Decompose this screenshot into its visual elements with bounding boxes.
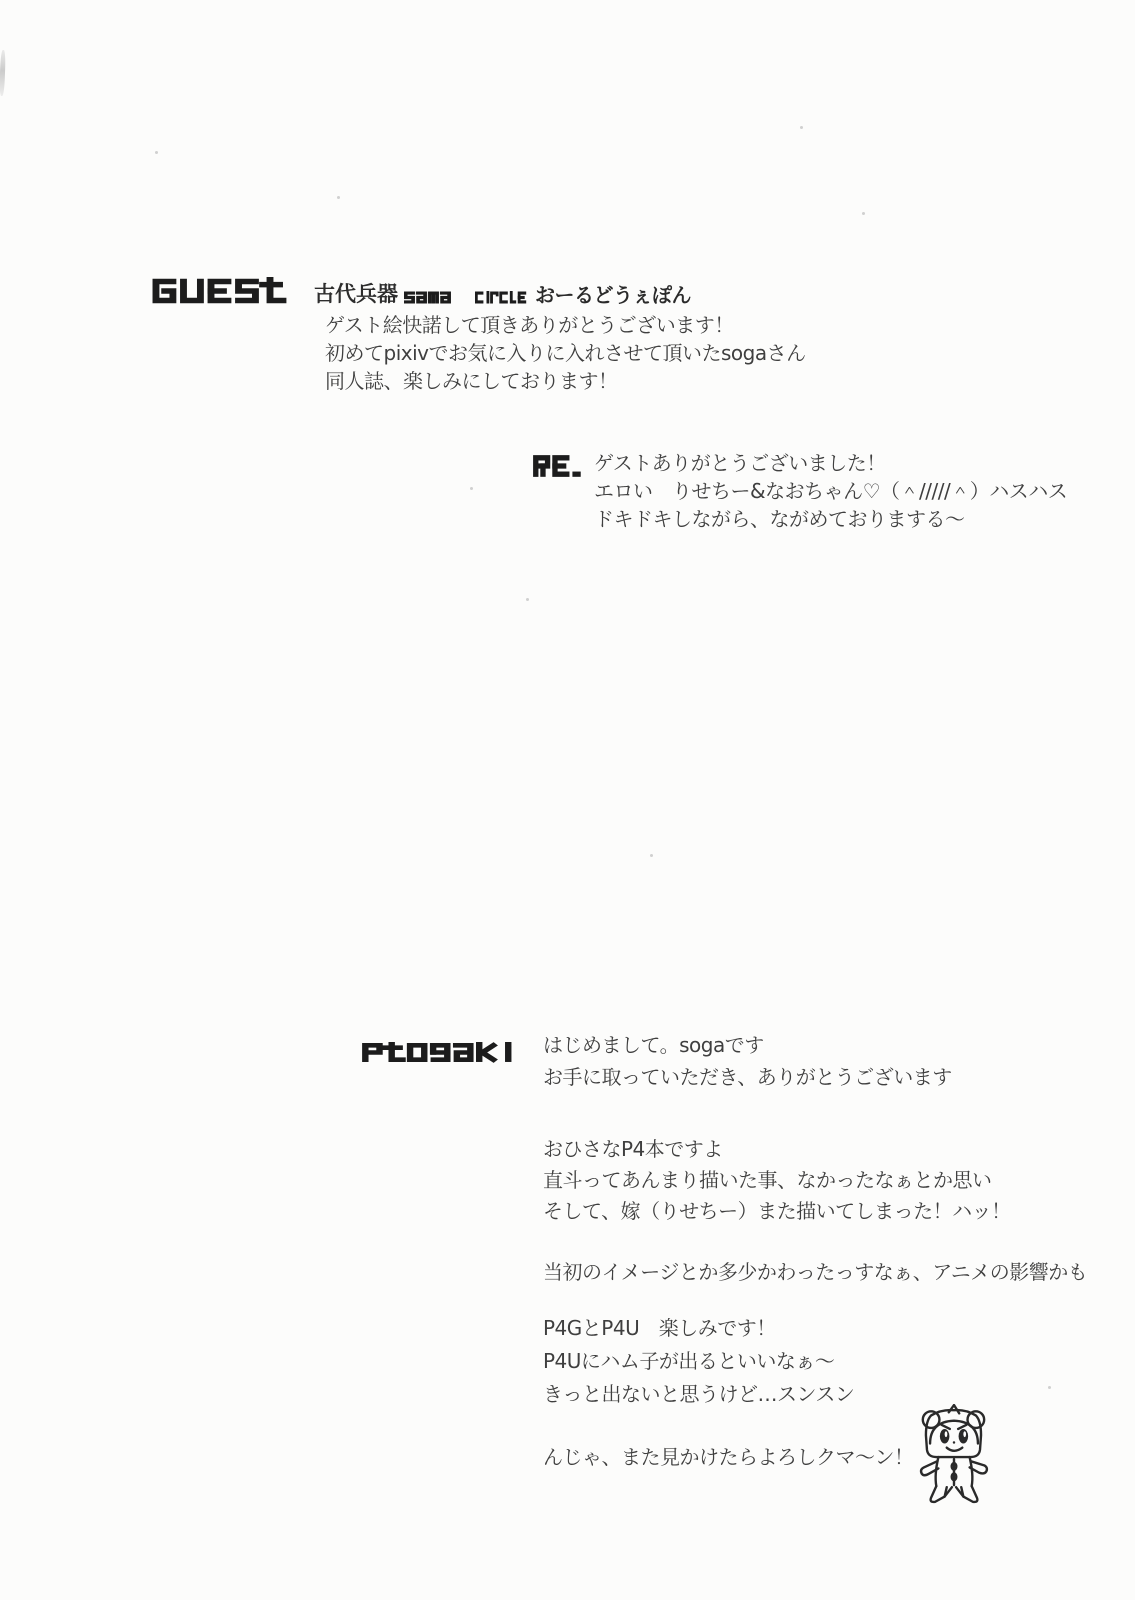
guest-message-line: ゲスト絵快諾して頂きありがとうございます！	[325, 311, 806, 339]
scan-speck	[337, 196, 340, 199]
guest-logo	[152, 277, 288, 305]
scan-speck	[526, 598, 529, 601]
reply-line: ドキドキしながら、ながめておりまする〜	[594, 505, 1067, 533]
circle-label-logo	[475, 291, 527, 304]
afterword-paragraph: んじゃ、また見かけたらよろしクマ〜ン！	[543, 1442, 914, 1473]
scan-speck	[800, 126, 803, 129]
afterword-line: きっと出ないと思うけど…スンスン	[543, 1378, 854, 1411]
afterword-paragraph: はじめまして。sogaです お手に取っていただき、ありがとうございます	[543, 1029, 952, 1093]
afterword-line: P4Uにハム子が出るといいなぁ〜	[543, 1345, 854, 1378]
scan-speck	[470, 487, 473, 490]
guest-message-line: 同人誌、楽しみにしております！	[325, 367, 806, 395]
afterword-line: そして、嫁（りせちー）また描いてしまった！ハッ！	[543, 1196, 1011, 1227]
scan-speck	[1048, 1386, 1051, 1389]
atogaki-logo	[362, 1042, 514, 1063]
scan-speck	[862, 212, 865, 215]
afterword-line: んじゃ、また見かけたらよろしクマ〜ン！	[543, 1442, 914, 1473]
guest-message: ゲスト絵快諾して頂きありがとうございます！ 初めてpixivでお気に入りに入れさ…	[325, 311, 806, 395]
afterword-line: はじめまして。sogaです	[543, 1029, 952, 1061]
doujin-afterword-page: 古代兵器 おーるどうぇぽん ゲスト絵快諾して頂きありがとうございます！ 初めてp…	[0, 0, 1135, 1600]
afterword-line: お手に取っていただき、ありがとうございます	[543, 1061, 952, 1093]
scan-smudge	[0, 50, 6, 96]
scan-speck	[650, 854, 653, 857]
reply-line: エロい りせちー&なおちゃん♡（＾/////＾）ハスハス	[594, 477, 1067, 505]
re-logo	[533, 454, 581, 478]
guest-artist-name: 古代兵器	[314, 284, 398, 305]
guest-credit-row: 古代兵器 おーるどうぇぽん	[152, 277, 691, 305]
afterword-paragraph: おひさなP4本ですよ 直斗ってあんまり描いた事、なかったなぁとか思い そして、嫁…	[543, 1134, 1011, 1227]
guest-circle-name: おーるどうぇぽん	[535, 285, 691, 305]
afterword-paragraph: P4GとP4U 楽しみです！ P4Uにハム子が出るといいなぁ〜 きっと出ないと思…	[543, 1312, 854, 1411]
scan-speck	[155, 151, 158, 154]
afterword-line: 当初のイメージとか多少かわったっすなぁ、アニメの影響かも	[543, 1257, 1087, 1288]
reply-message: ゲストありがとうございました！ エロい りせちー&なおちゃん♡（＾/////＾）…	[594, 449, 1067, 533]
sama-logo	[404, 291, 452, 304]
afterword-line: 直斗ってあんまり描いた事、なかったなぁとか思い	[543, 1165, 1011, 1196]
guest-message-line: 初めてpixivでお気に入りに入れさせて頂いたsogaさん	[325, 339, 806, 367]
afterword-line: おひさなP4本ですよ	[543, 1134, 1011, 1165]
teddie-bear-doodle-icon	[916, 1404, 992, 1512]
reply-line: ゲストありがとうございました！	[594, 449, 1067, 477]
afterword-line: P4GとP4U 楽しみです！	[543, 1312, 854, 1345]
afterword-paragraph: 当初のイメージとか多少かわったっすなぁ、アニメの影響かも	[543, 1257, 1087, 1288]
